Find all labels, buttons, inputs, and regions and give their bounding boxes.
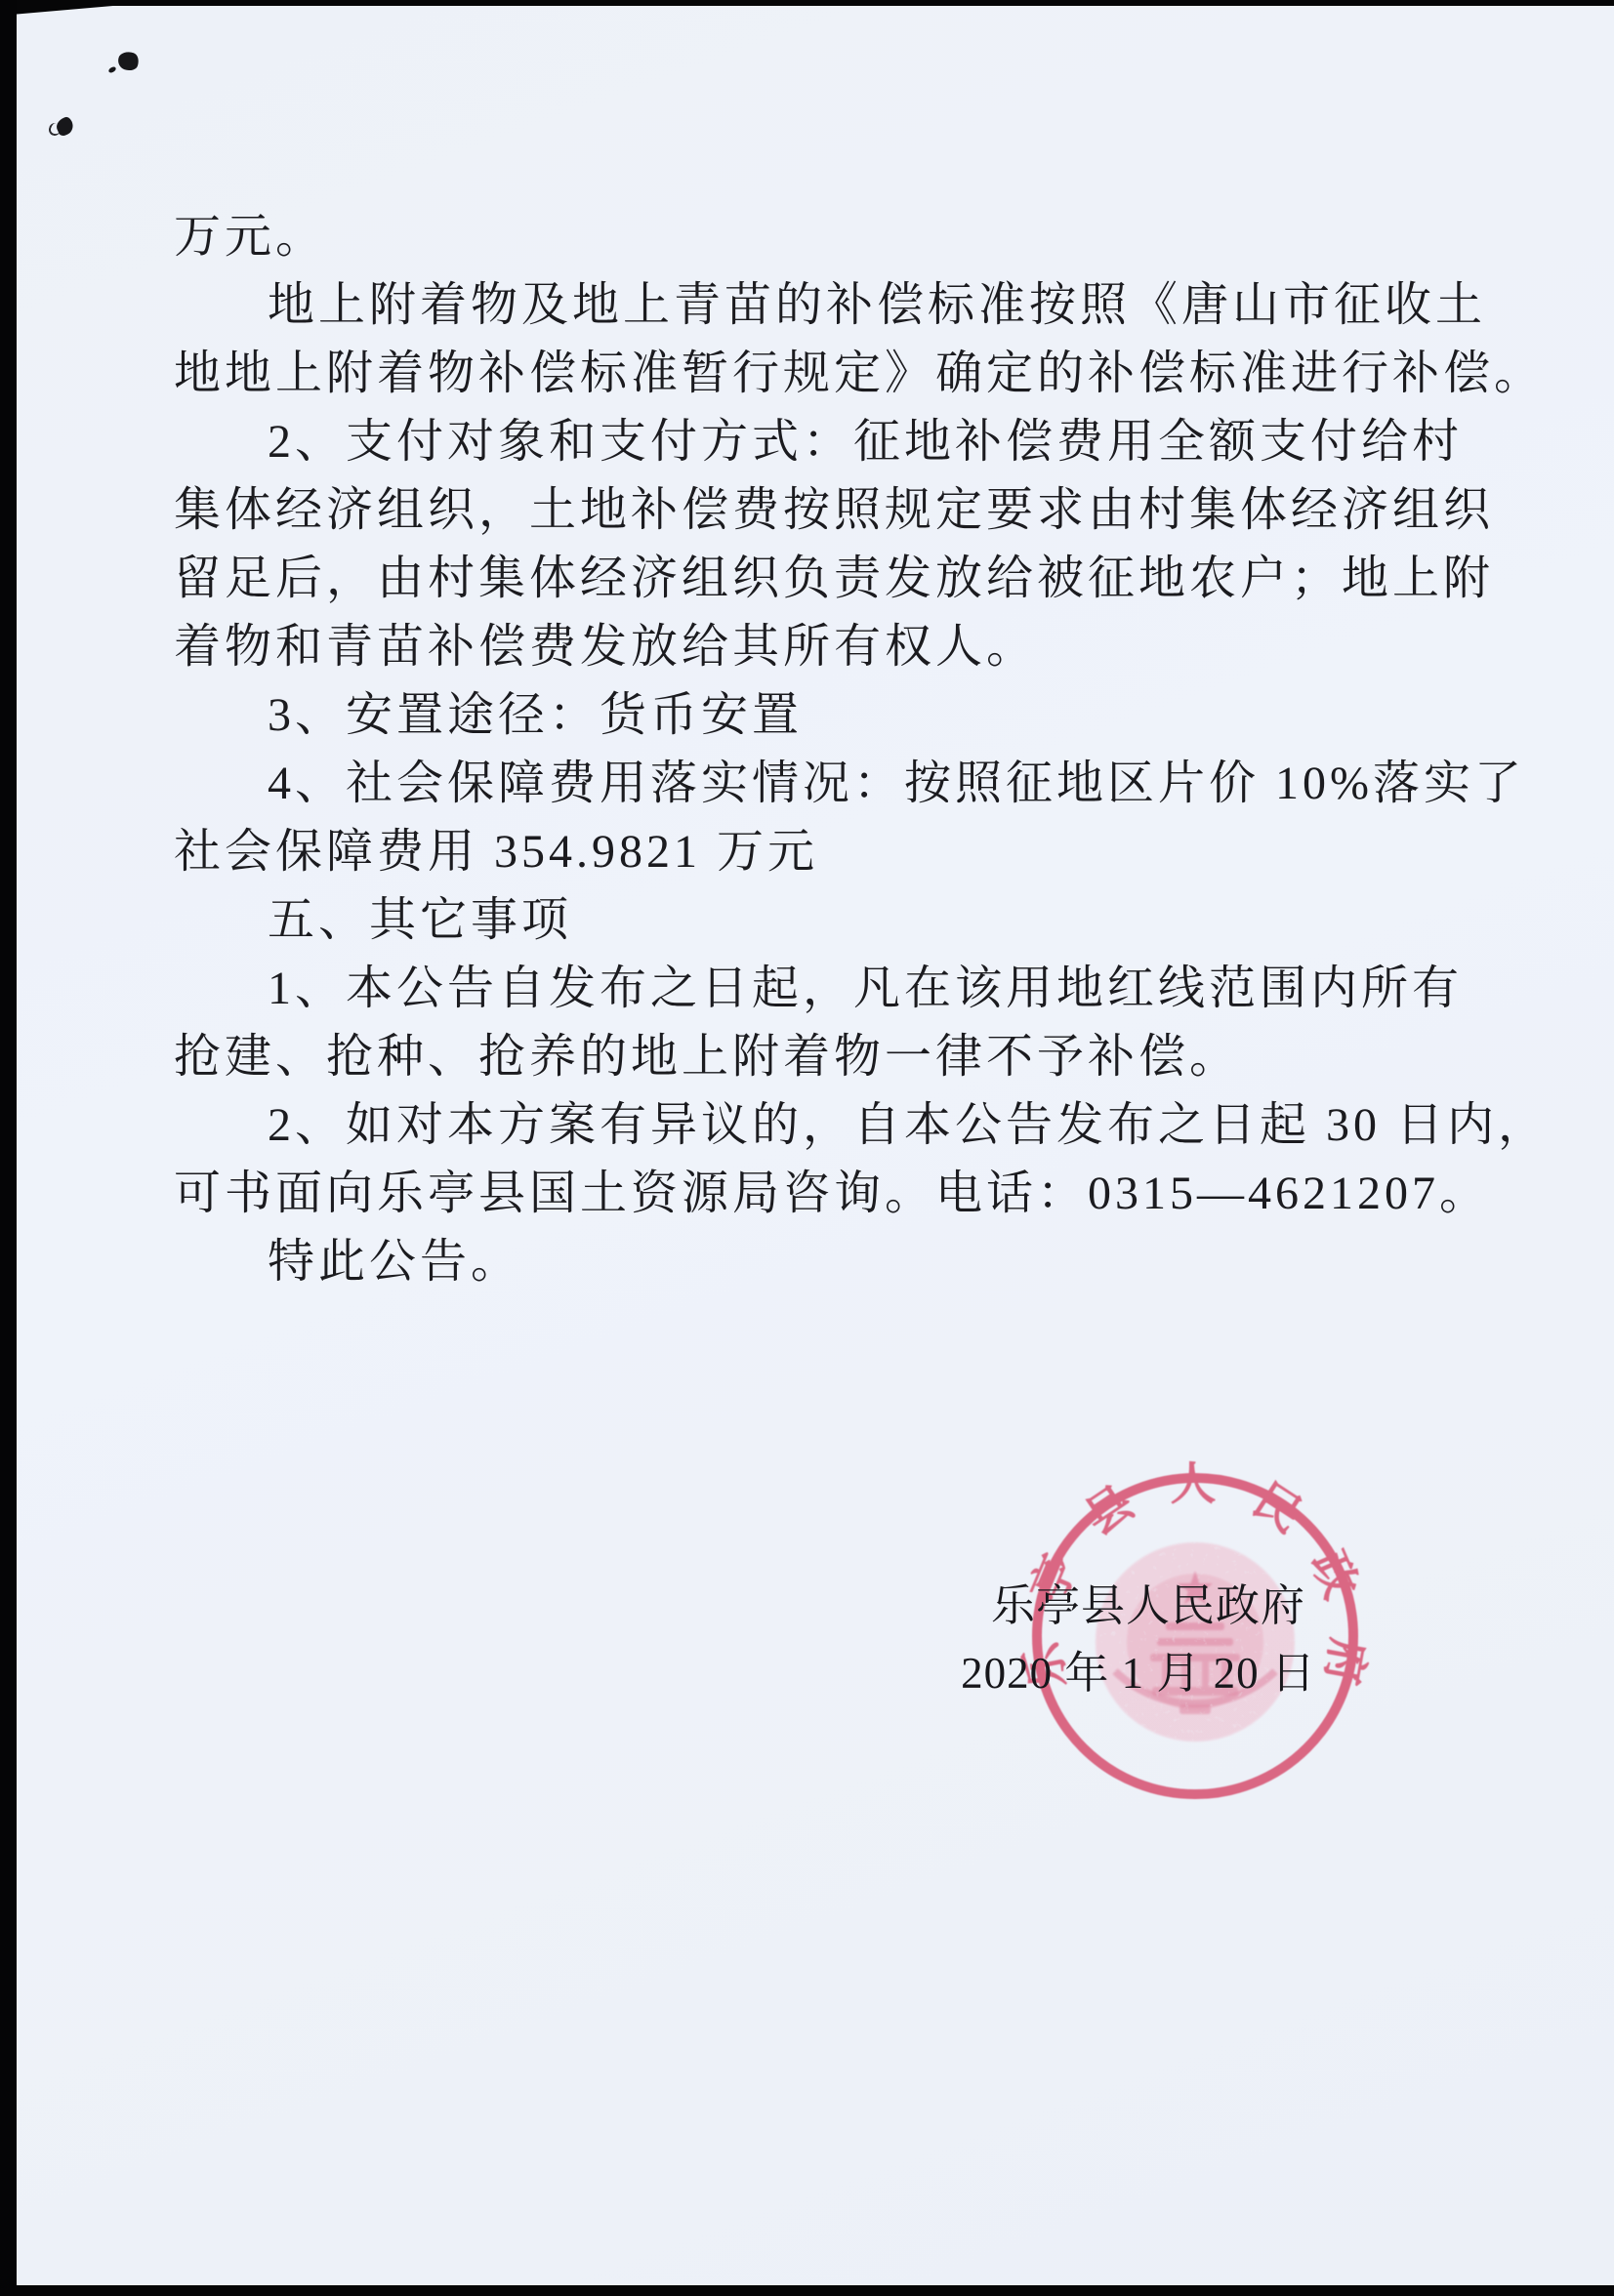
text-line: 集体经济组织，土地补偿费按照规定要求由村集体经济组织 bbox=[174, 476, 1458, 545]
document-page: 万元。 地上附着物及地上青苗的补偿标准按照《唐山市征收土 地地上附着物补偿标准暂… bbox=[0, 0, 1614, 2296]
text-line: 社会保障费用 354.9821 万元 bbox=[174, 818, 1458, 886]
text-line: 留足后，由村集体经济组织负责发放给被征地农户；地上附 bbox=[174, 545, 1458, 613]
text-line: 五、其它事项 bbox=[174, 886, 1458, 955]
text-line: 2、如对本方案有异议的，自本公告发布之日起 30 日内， bbox=[174, 1091, 1458, 1160]
scan-edge-left bbox=[0, 0, 17, 2296]
text-line: 地地上附着物补偿标准暂行规定》确定的补偿标准进行补偿。 bbox=[174, 340, 1458, 408]
signature-date: 2020 年 1 月 20 日 bbox=[961, 1637, 1316, 1701]
text-line: 抢建、抢种、抢养的地上附着物一律不予补偿。 bbox=[174, 1023, 1458, 1091]
text-line: 特此公告。 bbox=[174, 1228, 1458, 1296]
text-line: 地上附着物及地上青苗的补偿标准按照《唐山市征收土 bbox=[174, 271, 1458, 340]
signature-issuer: 乐亭县人民政府 bbox=[991, 1570, 1305, 1633]
body-text: 万元。 地上附着物及地上青苗的补偿标准按照《唐山市征收土 地地上附着物补偿标准暂… bbox=[174, 203, 1458, 1296]
text-line: 2、支付对象和支付方式：征地补偿费用全额支付给村 bbox=[174, 408, 1458, 476]
official-seal: 乐亭县人民政府 bbox=[1019, 1460, 1371, 1812]
text-line: 4、社会保障费用落实情况：按照征地区片价 10%落实了 bbox=[174, 750, 1458, 818]
text-line: 可书面向乐亭县国土资源局咨询。电话：0315—4621207。 bbox=[174, 1160, 1458, 1228]
text-line: 1、本公告自发布之日起，凡在该用地红线范围内所有 bbox=[174, 955, 1458, 1023]
text-line: 万元。 bbox=[174, 203, 1458, 271]
scan-edge-bottom bbox=[0, 2285, 1614, 2296]
ink-speck bbox=[107, 65, 116, 73]
scan-edge-corner bbox=[0, 0, 117, 16]
scan-edge-top bbox=[0, 0, 1614, 6]
text-line: 3、安置途径：货币安置 bbox=[174, 681, 1458, 750]
ink-speck bbox=[116, 49, 142, 73]
text-line: 着物和青苗补偿费发放给其所有权人。 bbox=[174, 613, 1458, 681]
